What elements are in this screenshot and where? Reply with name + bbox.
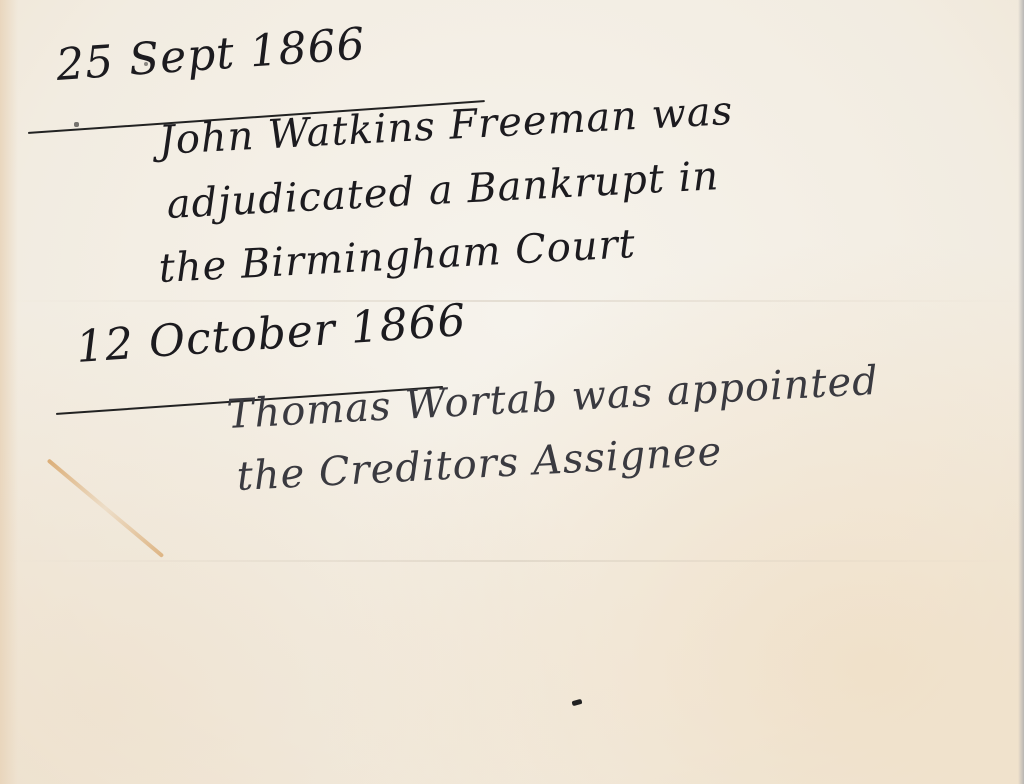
paper-edge-right: [1018, 0, 1024, 784]
pin-hole-mark: [144, 62, 148, 66]
entry-1-line-3: the Birmingham Court: [158, 221, 637, 292]
entry-2-date: 12 October 1866: [74, 295, 468, 373]
ink-blot: [572, 699, 583, 706]
paper-fold-line: [0, 560, 1024, 562]
entry-2-line-1: Thomas Wortab was appointed: [226, 358, 880, 438]
entry-1-line-1: John Watkins Freeman was: [158, 88, 735, 164]
rust-stain: [47, 458, 164, 557]
entry-1-line-2: adjudicated a Bankrupt in: [166, 153, 721, 228]
entry-1-date: 25 Sept 1866: [54, 19, 367, 91]
paper-edge-left: [0, 0, 18, 784]
document-page: 25 Sept 1866 John Watkins Freeman was ad…: [0, 0, 1024, 784]
entry-2-line-2: the Creditors Assignee: [236, 429, 724, 500]
pin-hole-mark: [74, 122, 79, 127]
paper-fold-line: [0, 300, 1024, 302]
